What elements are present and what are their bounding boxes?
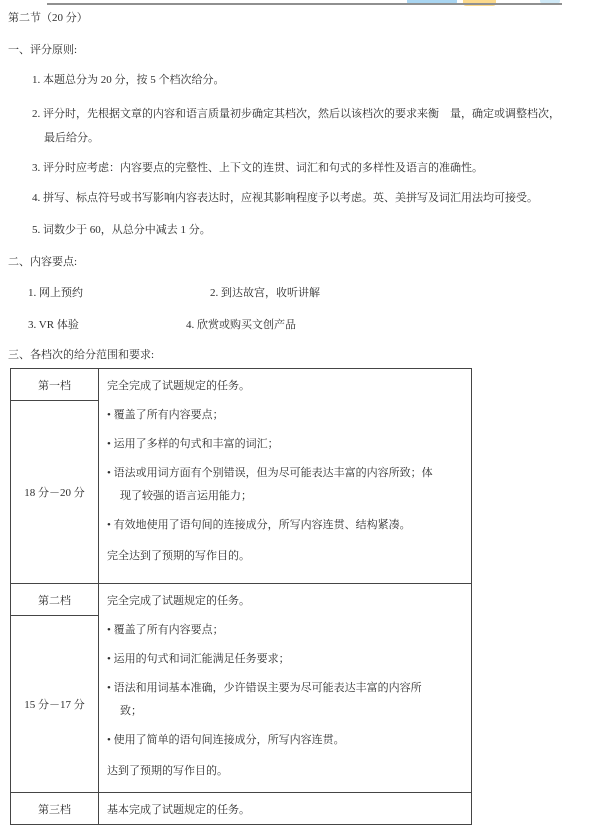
points-row-1: 1. 网上预约 2. 到达故宫，收听讲解 xyxy=(28,283,592,303)
point-item-3: 3. VR 体验 xyxy=(28,319,79,331)
principle-item-3: 3. 评分时应考虑：内容要点的完整性、上下文的连贯、词汇和句式的多样性及语言的准… xyxy=(32,158,592,178)
principles-heading: 一、评分原则: xyxy=(8,40,592,60)
band2-score-cell: 15 分－17 分 xyxy=(11,616,99,793)
document-page: 第二节（20 分） 一、评分原则: 1. 本题总分为 20 分，按 5 个档次给… xyxy=(0,0,600,840)
principle-item-1: 1. 本题总分为 20 分，按 5 个档次给分。 xyxy=(32,70,592,90)
band3-label-row: 第三档 基本完成了试题规定的任务。 xyxy=(11,793,472,825)
band1-bullet-2: • 运用了多样的句式和丰富的词汇； xyxy=(107,433,463,456)
band1-label-cell: 第一档 xyxy=(11,369,99,401)
band3-content-cell: 基本完成了试题规定的任务。 xyxy=(99,793,472,825)
band1-score-cell: 18 分－20 分 xyxy=(11,401,99,584)
band1-content-cell: 完全完成了试题规定的任务。 • 覆盖了所有内容要点； • 运用了多样的句式和丰富… xyxy=(99,369,472,584)
band2-label-row: 第二档 完全完成了试题规定的任务。 • 覆盖了所有内容要点； • 运用的句式和词… xyxy=(11,584,472,616)
band3-label-cell: 第三档 xyxy=(11,793,99,825)
principle-item-4: 4. 拼写、标点符号或书写影响内容表达时，应视其影响程度予以考虑。英、美拼写及词… xyxy=(32,188,592,208)
point-item-4: 4. 欣赏或购买文创产品 xyxy=(186,315,296,335)
points-row-2: 3. VR 体验 4. 欣赏或购买文创产品 xyxy=(28,315,592,335)
band1-task-text: 完全完成了试题规定的任务。 xyxy=(107,375,463,398)
band1-bullet-4: • 有效地使用了语句间的连接成分，所写内容连贯、结构紧凑。 xyxy=(107,514,463,537)
scoring-table: 第一档 完全完成了试题规定的任务。 • 覆盖了所有内容要点； • 运用了多样的句… xyxy=(10,368,472,825)
document-content: 第二节（20 分） 一、评分原则: 1. 本题总分为 20 分，按 5 个档次给… xyxy=(0,0,600,825)
band1-closing-text: 完全达到了预期的写作目的。 xyxy=(107,545,463,568)
band2-bullet-1: • 覆盖了所有内容要点； xyxy=(107,619,463,642)
band1-bullet-3: • 语法或用词方面有个别错误，但为尽可能表达丰富的内容所致；体 现了较强的语言运… xyxy=(107,462,463,508)
band2-content-cell: 完全完成了试题规定的任务。 • 覆盖了所有内容要点； • 运用的句式和词汇能满足… xyxy=(99,584,472,793)
band2-bullet-4: • 使用了简单的语句间连接成分，所写内容连贯。 xyxy=(107,729,463,752)
band2-bullet-3: • 语法和用词基本准确，少许错误主要为尽可能表达丰富的内容所 致； xyxy=(107,677,463,723)
band1-bullet-1: • 覆盖了所有内容要点； xyxy=(107,404,463,427)
band3-task-text: 基本完成了试题规定的任务。 xyxy=(107,801,463,817)
bands-heading: 三、各档次的给分范围和要求: xyxy=(8,345,592,365)
principle-item-5: 5. 词数少于 60，从总分中减去 1 分。 xyxy=(32,220,592,240)
point-item-2: 2. 到达故宫，收听讲解 xyxy=(210,283,320,303)
band2-closing-text: 达到了预期的写作目的。 xyxy=(107,760,463,783)
top-divider-line xyxy=(47,3,562,5)
content-points-heading: 二、内容要点: xyxy=(8,252,592,272)
section-title: 第二节（20 分） xyxy=(8,8,592,28)
band2-task-text: 完全完成了试题规定的任务。 xyxy=(107,590,463,613)
point-item-1: 1. 网上预约 xyxy=(28,287,83,299)
band2-bullet-2: • 运用的句式和词汇能满足任务要求； xyxy=(107,648,463,671)
principle-item-2: 2. 评分时，先根据文章的内容和语言质量初步确定其档次，然后以该档次的要求来衡 … xyxy=(32,102,592,150)
band2-label-cell: 第二档 xyxy=(11,584,99,616)
band1-label-row: 第一档 完全完成了试题规定的任务。 • 覆盖了所有内容要点； • 运用了多样的句… xyxy=(11,369,472,401)
